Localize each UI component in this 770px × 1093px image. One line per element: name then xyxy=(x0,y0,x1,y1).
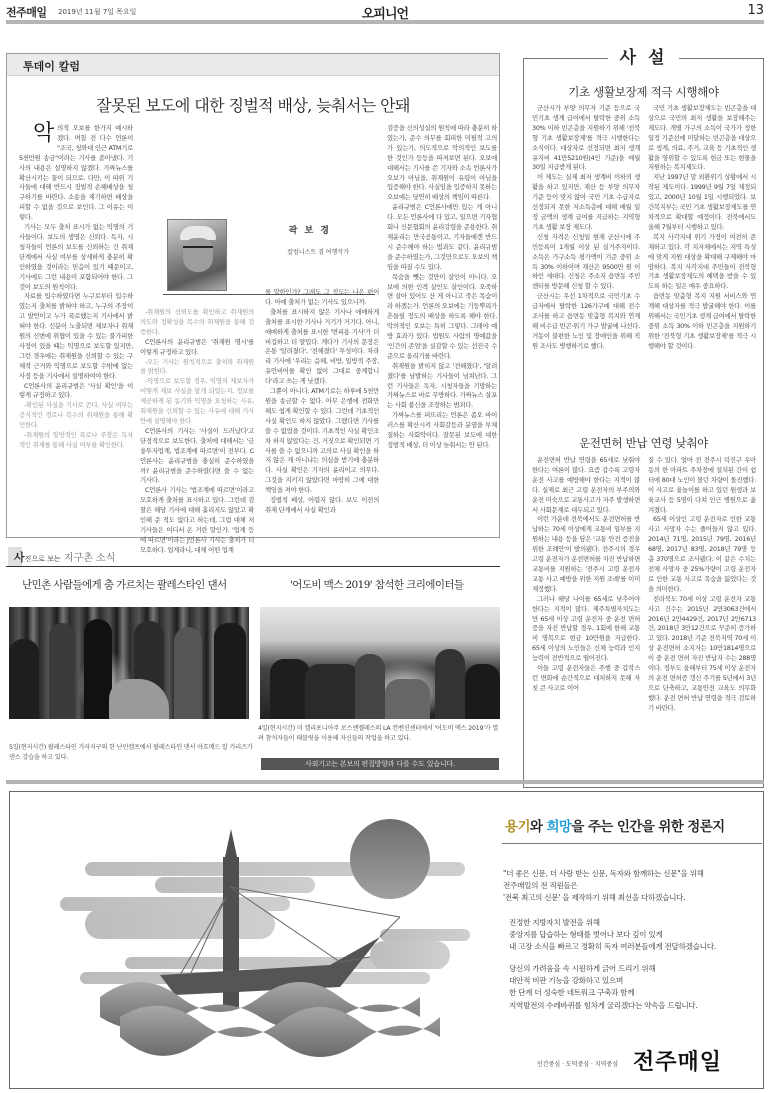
paragraph: 군산시는 우선 1차적으로 국민기초 수급자에서 탈락한 126가구에 대해 전… xyxy=(532,292,640,351)
photo-title-right: '어도비 맥스 2019' 참석한 크리에이터들 xyxy=(290,577,463,592)
ad-line: '전북 최고의 신문' 을 제작하기 위해 최선을 다하겠습니다. xyxy=(503,892,704,904)
quote-paragraph: -익명으로 보도할 경우, 익명의 제보자가 어떻게 제보 사실을 알게 되었는… xyxy=(140,377,254,427)
column-headline: 잘못된 보도에 대한 징벌적 배상, 늦춰서는 안돼 xyxy=(7,93,499,116)
column-text-col2: -취재원의 신뢰도를 확인하고 취재원의 의도와 정확성을 복수의 취재원을 통… xyxy=(140,308,254,556)
page-number: 13 xyxy=(747,3,764,18)
world-news-header: 사진으로 보는 지구촌 소식 xyxy=(6,547,500,567)
ship-illustration xyxy=(40,817,480,1057)
paragraph: 읍면동 맞춤형 복지 지원 서비스와 연계해 대상자를 적극 발굴해야 한다. … xyxy=(648,292,756,351)
quote-paragraph: -모든 기사는 원칙적으로 출처와 취재원을 밝힌다. xyxy=(140,358,254,378)
editorial-1-left: 군산시가 부양 의무자 기준 등으로 국민기초 생계 급여에서 탈락한 중위 소… xyxy=(532,104,640,352)
today-column: 투데이 칼럼 잘못된 보도에 대한 징벌적 배상, 늦춰서는 안돼 악 의적 오… xyxy=(6,53,500,538)
column-text-col4: 검증을 신의성실의 원칙에 따라 충분히 하였는가, 준수 의무를 회피한 미필… xyxy=(387,124,497,451)
paragraph: 65세 이상인 고령 운전자로 인한 교통사고 사망자 수는 줄어들지 않고 있… xyxy=(648,515,756,594)
photo-caption-right: 4일(현지시간) 미 캘리포니아주 로스앤젤레스의 LA 컨벤션센터에서 '어도… xyxy=(258,724,502,744)
editorial-1-right: 국민 기초 생활보장제도는 빈곤층을 대상으로 국민의 최저 생활을 보장해주는… xyxy=(648,104,756,352)
paragraph: 윤리규범은 C언론사에만 있는 게 아니다. 모든 언론사에 다 있고, 일으면… xyxy=(387,203,497,272)
header-divider xyxy=(6,20,764,24)
paragraph: 출처를 표시하지 않은 기사나 애매하게 출처를 표시한 기사나 거기가 거기다… xyxy=(265,308,379,387)
editorial-box: 사 설 기초 생활보장제 적극 시행해야 군산시가 부양 의무자 기준 등으로 … xyxy=(523,58,764,788)
paragraph: 이런 가운데 전북에서도 운전면허를 반납하는 70세 이상에게 교통비 일부를… xyxy=(532,515,640,594)
ad-headline-divider xyxy=(502,843,762,844)
paragraph: C언론사의 윤리규범은 '사실 확인'을 이렇게 규정하고 있다. xyxy=(19,382,133,402)
glasses-shape xyxy=(183,246,213,250)
ad-headline: 용기와 희망을 주는 인간을 위한 정론지 xyxy=(505,815,725,835)
contribution-disclaimer: 사외기고는 본보의 편집방향과 다를 수도 있습니다. xyxy=(261,758,499,770)
figure-shape xyxy=(385,679,430,719)
masthead: 전주매일 2019년 11월 7일 목요일 오피니언 13 xyxy=(6,2,764,22)
column-text-col1: 악 의적 오보를 한가지 예시하겠다. 며칠 전 다수 언론이 "조국, 청와대… xyxy=(19,124,133,451)
face-shape xyxy=(183,238,213,272)
author-title: 칼럼니스트 겸 여행작가 xyxy=(287,247,349,256)
column-label: 투데이 칼럼 xyxy=(23,58,80,74)
section-small-text: 진으로 보는 xyxy=(25,555,61,563)
editorial-2-left: 운전면허 반납 연령을 65세로 낮춰야 한다는 여론이 많다. 요즘 갑수록 … xyxy=(532,456,640,694)
paragraph: 이들 고령 운전자들은 주행 중 갑작스런 변화에 순간적으로 대처하지 못해 … xyxy=(532,664,640,694)
ad-line: 한 단계 더 성숙한 네트워크 구축과 함께 xyxy=(509,987,698,999)
editorial-title-text: 사 설 xyxy=(608,48,680,68)
editorial-headline-2: 운전면허 반납 연령 낮춰야 xyxy=(524,435,763,451)
ad-line: 진정한 지방자치 발전을 위해 xyxy=(509,917,716,929)
photo-adobe-max xyxy=(260,607,500,719)
paragraph: C언론사의 기사는 '사실이 드러났다'고 단정적으로 보도한다. 출처에 대해… xyxy=(140,427,254,486)
ad-line: 지역발전의 수레바퀴를 힘차게 굴리겠다는 약속을 드립니다. xyxy=(509,1000,698,1012)
figure-shape xyxy=(270,659,310,719)
figure-shape xyxy=(9,639,39,719)
paragraph: C언론사의 윤리규범은 '취재원 명시'를 이렇게 규정하고 있다. xyxy=(140,338,254,358)
paragraph: 기사는 모두 출처 표시가 없는 익명의 기사들이다. 보도의 생명은 신뢰다.… xyxy=(19,223,133,292)
figure-shape xyxy=(214,623,246,719)
section-first-char: 사 xyxy=(14,551,25,564)
quote-paragraph: -취재원의 신뢰도를 확인하고 취재원의 의도와 정확성을 복수의 취재원을 통… xyxy=(140,308,254,338)
figure-shape xyxy=(435,649,465,719)
paragraph: 목숨을 뺏는 것만이 살인이 아니다. 오보에 의한 인격 살인도 살인이다. … xyxy=(387,273,497,362)
photo-palestinian-dancer xyxy=(9,607,249,719)
paragraph: 신청 자격은 신청일 현재 군산시에 주민등록이 1개월 이상 된 실거주자이다… xyxy=(532,233,640,292)
paragraph: C언론사 기사는 '법조계에 따르면'이라고 모호하게 출처를 표시하고 있다.… xyxy=(140,486,254,555)
paragraph: 그뿐이 아니다. ATM기로는 하루에 5천만원을 송금할 수 없다. 아무 은… xyxy=(265,387,379,496)
paragraph: 가짜뉴스를 퍼뜨리는 언론은 좀오 바이러스를 확산시켜 사회갈등과 분열을 부… xyxy=(387,411,497,451)
author-name: 곽 보 경 xyxy=(289,223,331,236)
courage-word: 용기 xyxy=(505,819,530,835)
headline-text: 을 주는 인간을 위한 정론지 xyxy=(571,819,724,835)
hope-word: 희망 xyxy=(546,819,571,835)
photo-caption-left: 5일(현지시간) 팔레스타인 가자지구의 한 난민캠프에서 팔레스타인 댄서 아… xyxy=(9,743,253,763)
quote-paragraph: -확인된 사실을 기사로 쓴다. 사실 여부는 공식적인 경로나 복수의 취재원… xyxy=(19,401,133,431)
ad-slogan: 인간중심 · 도덕중심 · 지역중심 xyxy=(537,1059,647,1068)
paragraph: 를 말한인가? 그래도 그 정도는 나은 편이다. 아예 출처가 없는 기사도 … xyxy=(265,288,379,308)
photo-title-left: 난민촌 사람들에게 춤 가르치는 팔레스타인 댄서 xyxy=(22,577,227,592)
paragraph: 취재원을 밝히지 않고 '전해졌다', '알려졌다'를 남발하는 기사들이 넘쳐… xyxy=(387,362,497,412)
paragraph: 이 제도는 실제 최저 생계비 이하의 생활을 하고 있지만, 재산 등 부양 … xyxy=(532,173,640,232)
world-news-label: 사진으로 보는 지구촌 소식 xyxy=(14,549,115,565)
newspaper-logo: 전주매일 xyxy=(633,1045,722,1076)
author-photo xyxy=(167,219,227,291)
ad-line: 중앙지를 답습하는 형태를 벗어나 보다 깊이 있게 xyxy=(509,929,716,941)
ad-paragraph-3: 당신의 가려움을 속 시원하게 긁어 드리기 위해 대안적 비판 기능을 강화하… xyxy=(509,963,698,1012)
drop-cap: 악 xyxy=(33,124,54,144)
paragraph: 군산시가 부양 의무자 기준 등으로 국민기초 생계 급여에서 탈락한 중위 소… xyxy=(532,104,640,173)
paragraph: 전라북도 70세 이상 고령 운전자 교통 사고 건수는 2015년 2만306… xyxy=(648,595,756,714)
headline-text: 와 xyxy=(530,819,547,835)
editorial-headline-1: 기초 생활보장제 적극 시행해야 xyxy=(524,84,763,100)
paragraph: 국민 기초 생활보장제도는 빈곤층을 대상으로 국민의 최저 생활을 보장해주는… xyxy=(648,104,756,173)
ad-line: "더 좋은 신문, 더 사랑 받는 신문, 독자와 함께하는 신문"을 위해 xyxy=(503,868,704,880)
editorial-title: 사 설 xyxy=(524,43,763,68)
quote-paragraph: -취재원의 일방적인 폭로나 주장은 독자적인 취재를 통해 사실 여부를 확인… xyxy=(19,431,133,451)
paragraph: 그러나 해당 나이를 65세로 낮추어야 한다는 지적이 많다. 제주특별자치도… xyxy=(532,595,640,664)
paragraph: 검증을 신의성실의 원칙에 따라 충분히 하였는가, 준수 의무를 회피한 미필… xyxy=(387,124,497,203)
column-label-bar: 투데이 칼럼 xyxy=(7,54,499,76)
paragraph: 복지 사각지대 위기 가정이 여전히 존재하고 있다. 각 지자체에서는 지역 … xyxy=(648,233,756,292)
paragraph: 운전면허 반납 연령을 65세로 낮춰야 한다는 여론이 많다. 요즘 갑수록 … xyxy=(532,456,640,515)
ad-divider xyxy=(6,780,764,784)
ad-line: 내 고장 소식을 빠르고 정확히 독자 여러분들에게 전달하겠습니다. xyxy=(509,941,716,953)
ad-line: 당신의 가려움을 속 시원하게 긁어 드리기 위해 xyxy=(509,963,698,975)
figure-shape xyxy=(355,654,385,719)
figure-shape xyxy=(174,627,202,719)
column-text-col3: 를 말한인가? 그래도 그 정도는 나은 편이다. 아예 출처가 없는 기사도 … xyxy=(265,288,379,516)
ad-line: 전주매일의 전 직원들은 xyxy=(503,880,704,892)
paragraph: 지난 1997년 말 외환위기 상황에서 시작된 제도이다. 1999년 9월 … xyxy=(648,173,756,232)
figure-shape xyxy=(465,664,500,719)
ad-paragraph-2: 진정한 지방자치 발전을 위해 중앙지를 답습하는 형태를 벗어나 보다 깊이 … xyxy=(509,917,716,954)
paragraph: 자료를 입수하였다면 누구로부터 입수하였는지 출처를 밝혀야 하고, 누구의 … xyxy=(19,292,133,381)
section-rest-text: 지구촌 소식 xyxy=(64,553,115,564)
editorial-2-right: 질 수 있다. 얼마 전 전주시 덕진구 우아동의 한 아파트 주차장에 설치된… xyxy=(648,456,756,714)
ad-line: 대안적 비판 기능을 강화하고 있으며 xyxy=(509,975,698,987)
ad-paragraph-1: "더 좋은 신문, 더 사랑 받는 신문, 독자와 함께하는 신문"을 위해 전… xyxy=(503,868,704,905)
figure-shape xyxy=(84,619,112,719)
figure-shape xyxy=(49,623,75,719)
figure-shape xyxy=(305,664,360,719)
paragraph: 징벌적 배상, 어렵지 않다. 보도 이전의 취재 단계에서 사실 확인과 xyxy=(265,496,379,516)
paragraph: 질 수 있다. 얼마 전 전주시 덕진구 우아동의 한 아파트 주차장에 설치된… xyxy=(648,456,756,515)
